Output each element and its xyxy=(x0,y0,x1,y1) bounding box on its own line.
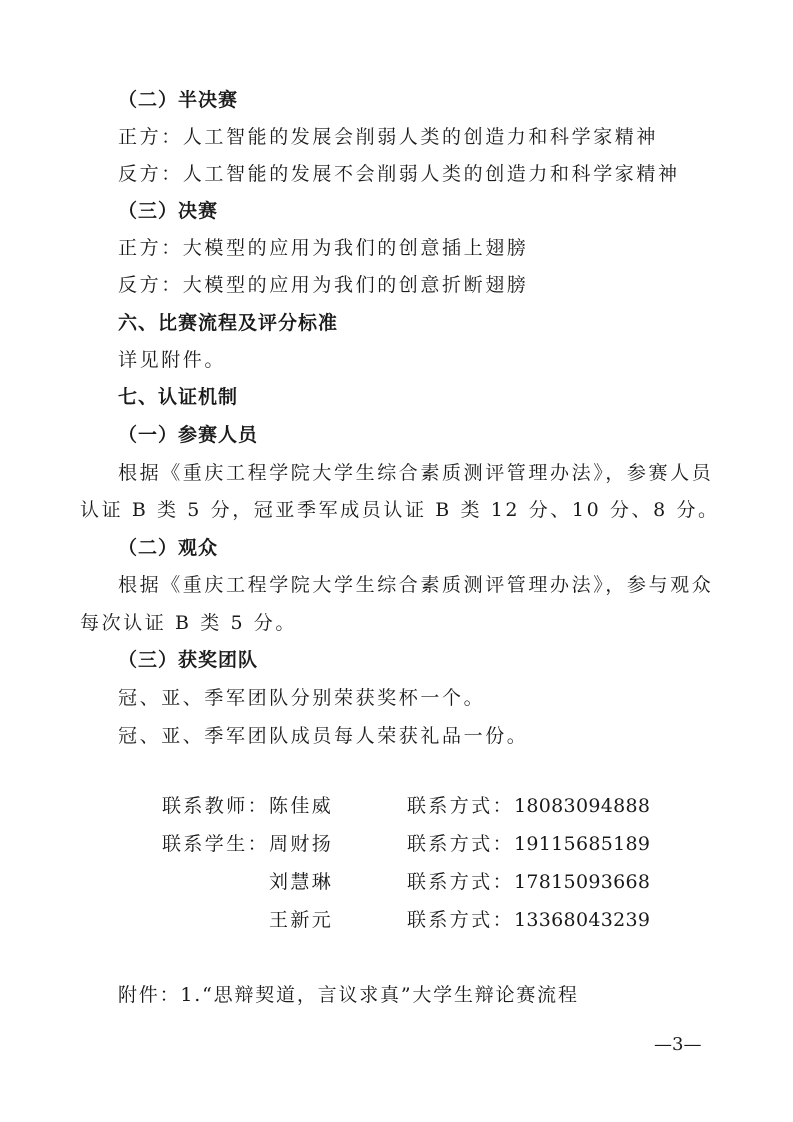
see-attachment-text: 详见附件。 xyxy=(118,348,226,372)
contact-teacher-label: 联系教师： xyxy=(162,794,269,818)
attachment-line: 附件：1.“思辩契道，言议求真”大学生辩论赛流程 xyxy=(118,983,579,1007)
contact-phone: 18083094888 xyxy=(514,794,650,818)
audience-paragraph-cont: 每次认证 B 类 5 分。 xyxy=(80,611,297,635)
contact-name: 陈佳威 xyxy=(269,794,333,818)
heading-certification: 七、认证机制 xyxy=(118,385,238,409)
heading-final: （三）决赛 xyxy=(118,199,218,223)
contact-phone-label: 联系方式： xyxy=(407,908,514,932)
semifinal-negative: 反方：人工智能的发展不会削弱人类的创造力和科学家精神 xyxy=(118,162,680,186)
page-number: —3— xyxy=(654,1034,701,1055)
heading-award-team: （三）获奖团队 xyxy=(118,648,258,672)
heading-process-scoring: 六、比赛流程及评分标准 xyxy=(118,311,338,335)
final-affirmative: 正方：大模型的应用为我们的创意插上翅膀 xyxy=(118,236,528,260)
contact-student-label: 联系学生： xyxy=(162,832,269,856)
heading-audience: （二）观众 xyxy=(118,536,218,560)
contact-name: 刘慧琳 xyxy=(269,870,333,894)
contact-name: 王新元 xyxy=(269,908,333,932)
semifinal-affirmative: 正方：人工智能的发展会削弱人类的创造力和科学家精神 xyxy=(118,125,658,149)
audience-paragraph: 根据《重庆工程学院大学生综合素质测评管理办法》，参与观众 xyxy=(118,573,713,597)
contact-phone: 19115685189 xyxy=(514,832,650,856)
participants-paragraph: 根据《重庆工程学院大学生综合素质测评管理办法》，参赛人员 xyxy=(118,461,713,485)
heading-participants: （一）参赛人员 xyxy=(118,423,258,447)
contact-phone: 13368043239 xyxy=(514,908,650,932)
award-gift-text: 冠、亚、季军团队成员每人荣获礼品一份。 xyxy=(118,724,528,748)
participants-paragraph-cont: 认证 B 类 5 分，冠亚季军成员认证 B 类 12 分、10 分、8 分。 xyxy=(80,498,720,522)
final-negative: 反方：大模型的应用为我们的创意折断翅膀 xyxy=(118,273,528,297)
contact-phone-label: 联系方式： xyxy=(407,794,514,818)
contact-phone: 17815093668 xyxy=(514,870,650,894)
contact-name: 周财扬 xyxy=(269,832,333,856)
award-trophy-text: 冠、亚、季军团队分别荣获奖杯一个。 xyxy=(118,686,485,710)
heading-semifinal: （二）半决赛 xyxy=(118,88,238,112)
contact-phone-label: 联系方式： xyxy=(407,870,514,894)
contact-phone-label: 联系方式： xyxy=(407,832,514,856)
